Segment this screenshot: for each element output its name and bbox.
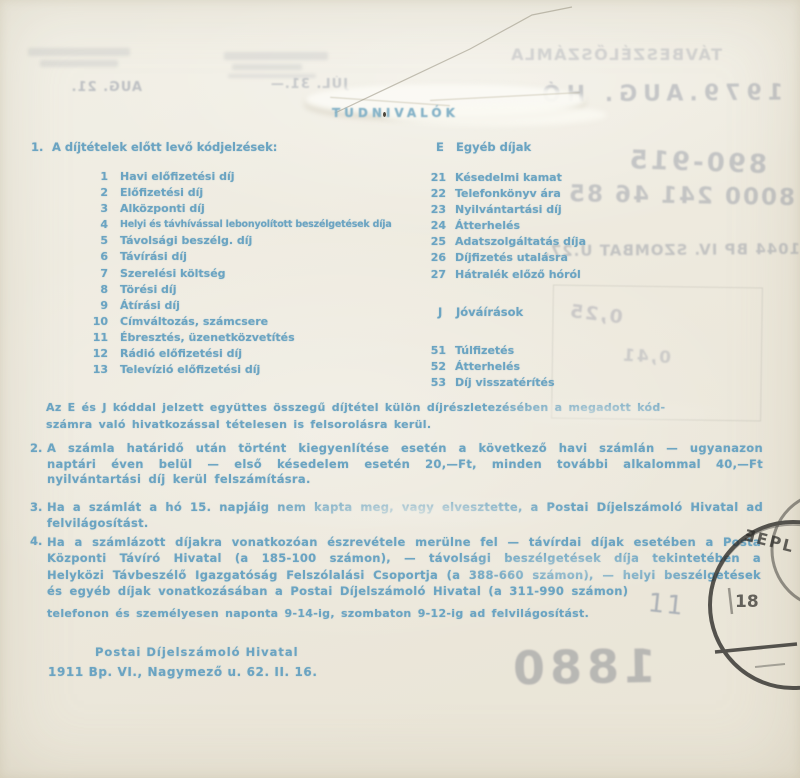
bleed-smudge xyxy=(28,48,130,56)
para3-number: 3. xyxy=(30,500,42,514)
code-row: 25 Adatszolgáltatás díja xyxy=(422,234,586,250)
other-fees-label: Egyéb díjak xyxy=(456,140,531,154)
code-row: 1 Havi előfizetési díj xyxy=(84,169,392,185)
code-row: 10 Címváltozás, számcsere xyxy=(84,314,392,330)
para2-text: A számla határidő után történt kiegyenlí… xyxy=(47,441,763,488)
code-row: 6 Távírási díj xyxy=(84,249,392,265)
para4-hours: telefonon és személyesen naponta 9-14-ig… xyxy=(47,607,589,620)
code-label: Törési díj xyxy=(120,282,176,298)
code-label: Hátralék előző hóról xyxy=(455,267,581,283)
code-row: 24 Átterhelés xyxy=(422,218,586,234)
code-number: 52 xyxy=(422,359,446,375)
code-row: 22 Telefonkönyv ára xyxy=(422,186,586,202)
code-row: 7 Szerelési költség xyxy=(84,266,392,282)
code-label: Nyilvántartási díj xyxy=(455,202,562,218)
bleed-account-number: 8000 241 46 85 xyxy=(555,181,795,211)
code-number: 7 xyxy=(84,266,108,282)
code-label: Adatszolgáltatás díja xyxy=(455,234,586,250)
code-label: Címváltozás, számcsere xyxy=(120,314,268,330)
code-number: 11 xyxy=(84,330,108,346)
code-label: Alközponti díj xyxy=(120,201,205,217)
para4-number: 4. xyxy=(30,534,42,548)
note-line-1: Az E és J kóddal jelzett együttes összeg… xyxy=(46,401,665,414)
page-title: TUDNIVALÓK xyxy=(332,106,459,120)
code-row: 9 Átírási díj xyxy=(84,298,392,314)
postmark-day: 18 xyxy=(735,592,759,612)
fee-code-list-right: 21 Késedelmi kamat 22 Telefonkönyv ára 2… xyxy=(422,170,586,283)
code-label: Havi előfizetési díj xyxy=(120,169,235,185)
fee-code-list-left: 1 Havi előfizetési díj 2 Előfizetési díj… xyxy=(84,169,392,378)
code-number: 25 xyxy=(422,234,446,250)
code-row: 12 Rádió előfizetési díj xyxy=(84,346,392,362)
code-row: 21 Késedelmi kamat xyxy=(422,170,586,186)
code-number: 8 xyxy=(84,282,108,298)
code-row: 2 Előfizetési díj xyxy=(84,185,392,201)
code-row: 26 Díjfizetés utalásra xyxy=(422,250,586,266)
code-row: 3 Alközponti díj xyxy=(84,201,392,217)
credit-code-list: 51 Túlfizetés 52 Átterhelés 53 Díj vissz… xyxy=(422,343,555,391)
code-number: 21 xyxy=(422,170,446,186)
code-number: 2 xyxy=(84,185,108,201)
scanned-bill-back-page: TÁVBESZÉLŐSZÁMLA 1979.AUG. HÓ AUG. 21. J… xyxy=(0,0,800,778)
code-label: Díjfizetés utalásra xyxy=(455,250,568,266)
note-line-2: számra való hivatkozással tételesen is f… xyxy=(46,418,431,431)
code-row: 27 Hátralék előző hóról xyxy=(422,267,586,283)
bleed-period-to: AUG. 21. xyxy=(32,80,142,95)
code-number: 6 xyxy=(84,249,108,265)
code-row: 4 Helyi és távhívással lebonyolított bes… xyxy=(84,217,392,233)
code-number: 22 xyxy=(422,186,446,202)
code-label: Előfizetési díj xyxy=(120,185,203,201)
para2-number: 2. xyxy=(30,441,42,455)
code-row: 5 Távolsági beszélg. díj xyxy=(84,233,392,249)
code-number: 5 xyxy=(84,233,108,249)
code-number: 51 xyxy=(422,343,446,359)
credits-label: Jóváírások xyxy=(456,305,523,319)
code-number: 10 xyxy=(84,314,108,330)
code-label: Szerelési költség xyxy=(120,266,226,282)
bleed-smudge xyxy=(40,60,118,67)
code-number: 4 xyxy=(84,217,108,233)
code-label: Átterhelés xyxy=(455,218,520,234)
code-row: 8 Törési díj xyxy=(84,282,392,298)
code-row: 51 Túlfizetés xyxy=(422,343,555,359)
code-row: 53 Díj visszatérítés xyxy=(422,375,555,391)
bleed-serial-number: 890-915 xyxy=(592,144,768,180)
code-row: 52 Átterhelés xyxy=(422,359,555,375)
code-number: 1 xyxy=(84,169,108,185)
footer-office-address: 1911 Bp. VI., Nagymező u. 62. II. 16. xyxy=(48,665,318,679)
code-label: Televízió előfizetési díj xyxy=(120,362,260,378)
code-number: 9 xyxy=(84,298,108,314)
code-label: Telefonkönyv ára xyxy=(455,186,561,202)
pen-mark: 11 xyxy=(647,588,687,622)
code-number: 24 xyxy=(422,218,446,234)
code-label: Távolsági beszélg. díj xyxy=(120,233,252,249)
section1-number: 1. xyxy=(31,140,43,154)
code-number: 26 xyxy=(422,250,446,266)
code-label: Díj visszatérítés xyxy=(455,375,555,391)
code-number: 13 xyxy=(84,362,108,378)
code-label: Túlfizetés xyxy=(455,343,514,359)
bleed-smudge xyxy=(224,52,328,60)
section1-intro: A díjtételek előtt levő kódjelzések: xyxy=(52,140,277,154)
postmark-arc-letters: ƎEPL xyxy=(742,525,797,556)
credits-code: J xyxy=(438,305,442,319)
code-number: 53 xyxy=(422,375,446,391)
footer-office-name: Postai Díjelszámoló Hivatal xyxy=(95,645,299,659)
code-label: Átírási díj xyxy=(120,298,180,314)
code-row: 11 Ébresztés, üzenetközvetítés xyxy=(84,330,392,346)
code-label: Helyi és távhívással lebonyolított beszé… xyxy=(120,217,392,233)
code-label: Ébresztés, üzenetközvetítés xyxy=(120,330,295,346)
code-number: 12 xyxy=(84,346,108,362)
code-number: 3 xyxy=(84,201,108,217)
bleed-ref-number: 1880 xyxy=(536,639,657,695)
code-row: 23 Nyilvántartási díj xyxy=(422,202,586,218)
code-label: Rádió előfizetési díj xyxy=(120,346,242,362)
code-number: 27 xyxy=(422,267,446,283)
code-label: Távírási díj xyxy=(120,249,187,265)
other-fees-code: E xyxy=(436,140,444,154)
code-label: Késedelmi kamat xyxy=(455,170,562,186)
bleed-smudge xyxy=(232,64,302,70)
code-number: 23 xyxy=(422,202,446,218)
code-row: 13 Televízió előfizetési díj xyxy=(84,362,392,378)
code-label: Átterhelés xyxy=(455,359,520,375)
